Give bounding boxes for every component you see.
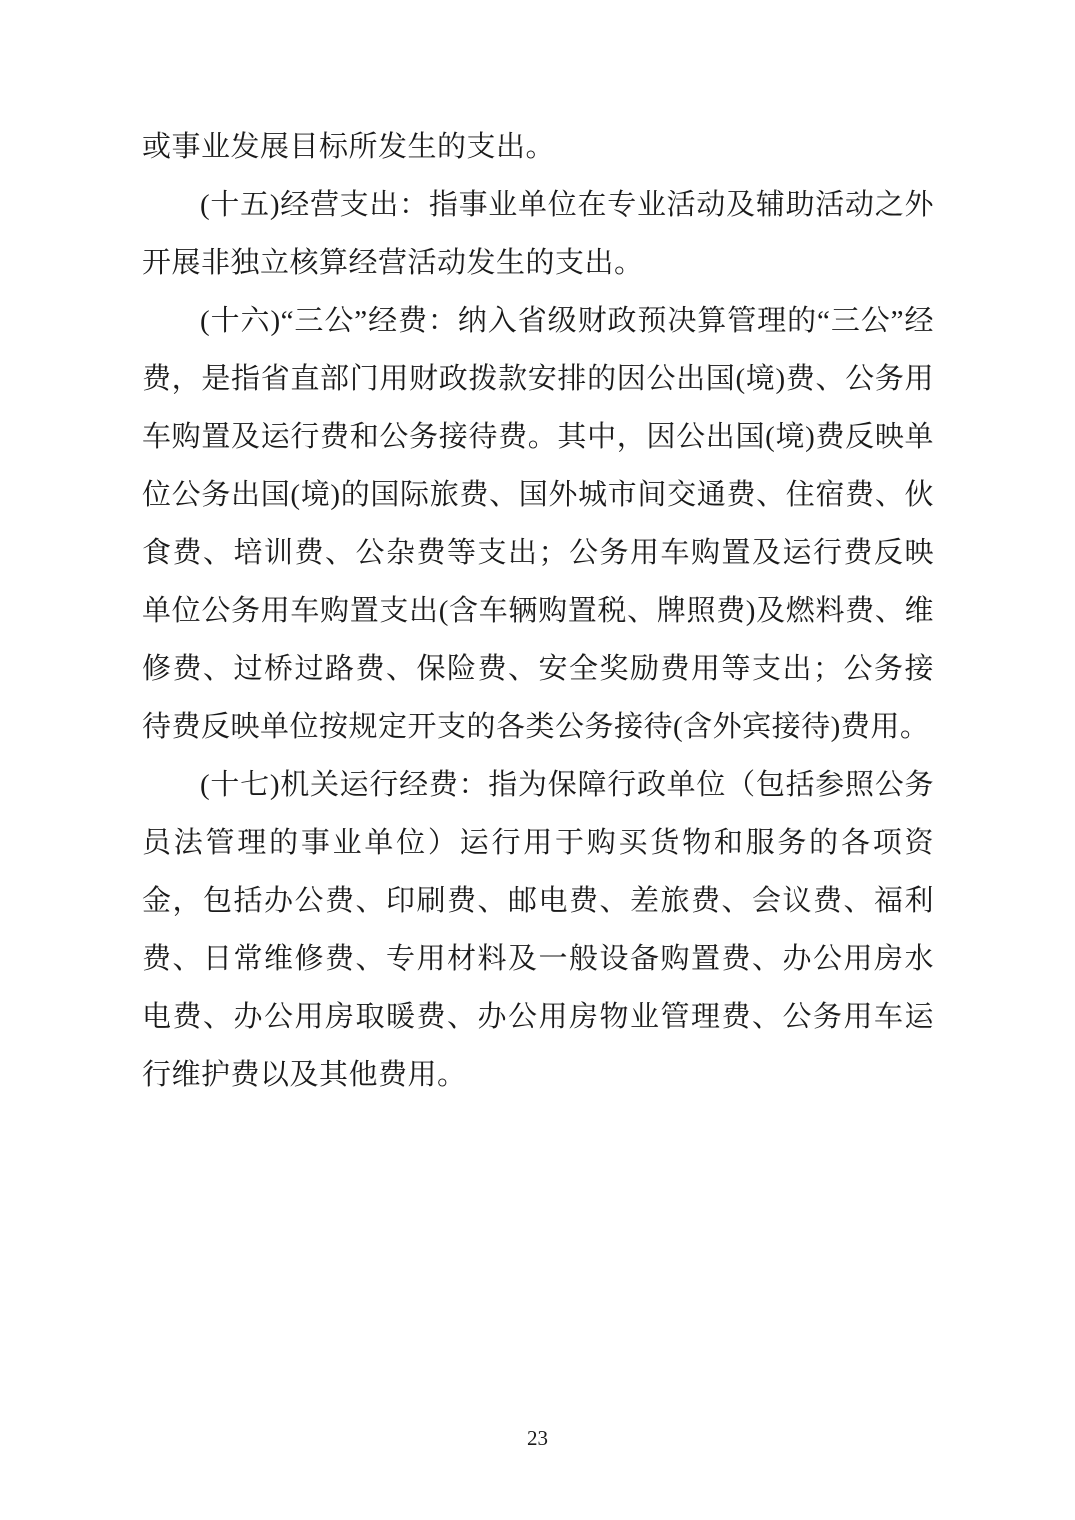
page-number: 23 bbox=[0, 1424, 1075, 1452]
paragraph-item-15: (十五)经营支出：指事业单位在专业活动及辅助活动之外开展非独立核算经营活动发生的… bbox=[142, 176, 934, 292]
paragraph-item-16: (十六)“三公”经费：纳入省级财政预决算管理的“三公”经费，是指省直部门用财政拨… bbox=[142, 292, 934, 756]
body-text: 或事业发展目标所发生的支出。 (十五)经营支出：指事业单位在专业活动及辅助活动之… bbox=[142, 118, 934, 1104]
paragraph-continuation: 或事业发展目标所发生的支出。 bbox=[142, 118, 934, 176]
document-page: 或事业发展目标所发生的支出。 (十五)经营支出：指事业单位在专业活动及辅助活动之… bbox=[0, 0, 1075, 1520]
paragraph-item-17: (十七)机关运行经费：指为保障行政单位（包括参照公务员法管理的事业单位）运行用于… bbox=[142, 756, 934, 1104]
